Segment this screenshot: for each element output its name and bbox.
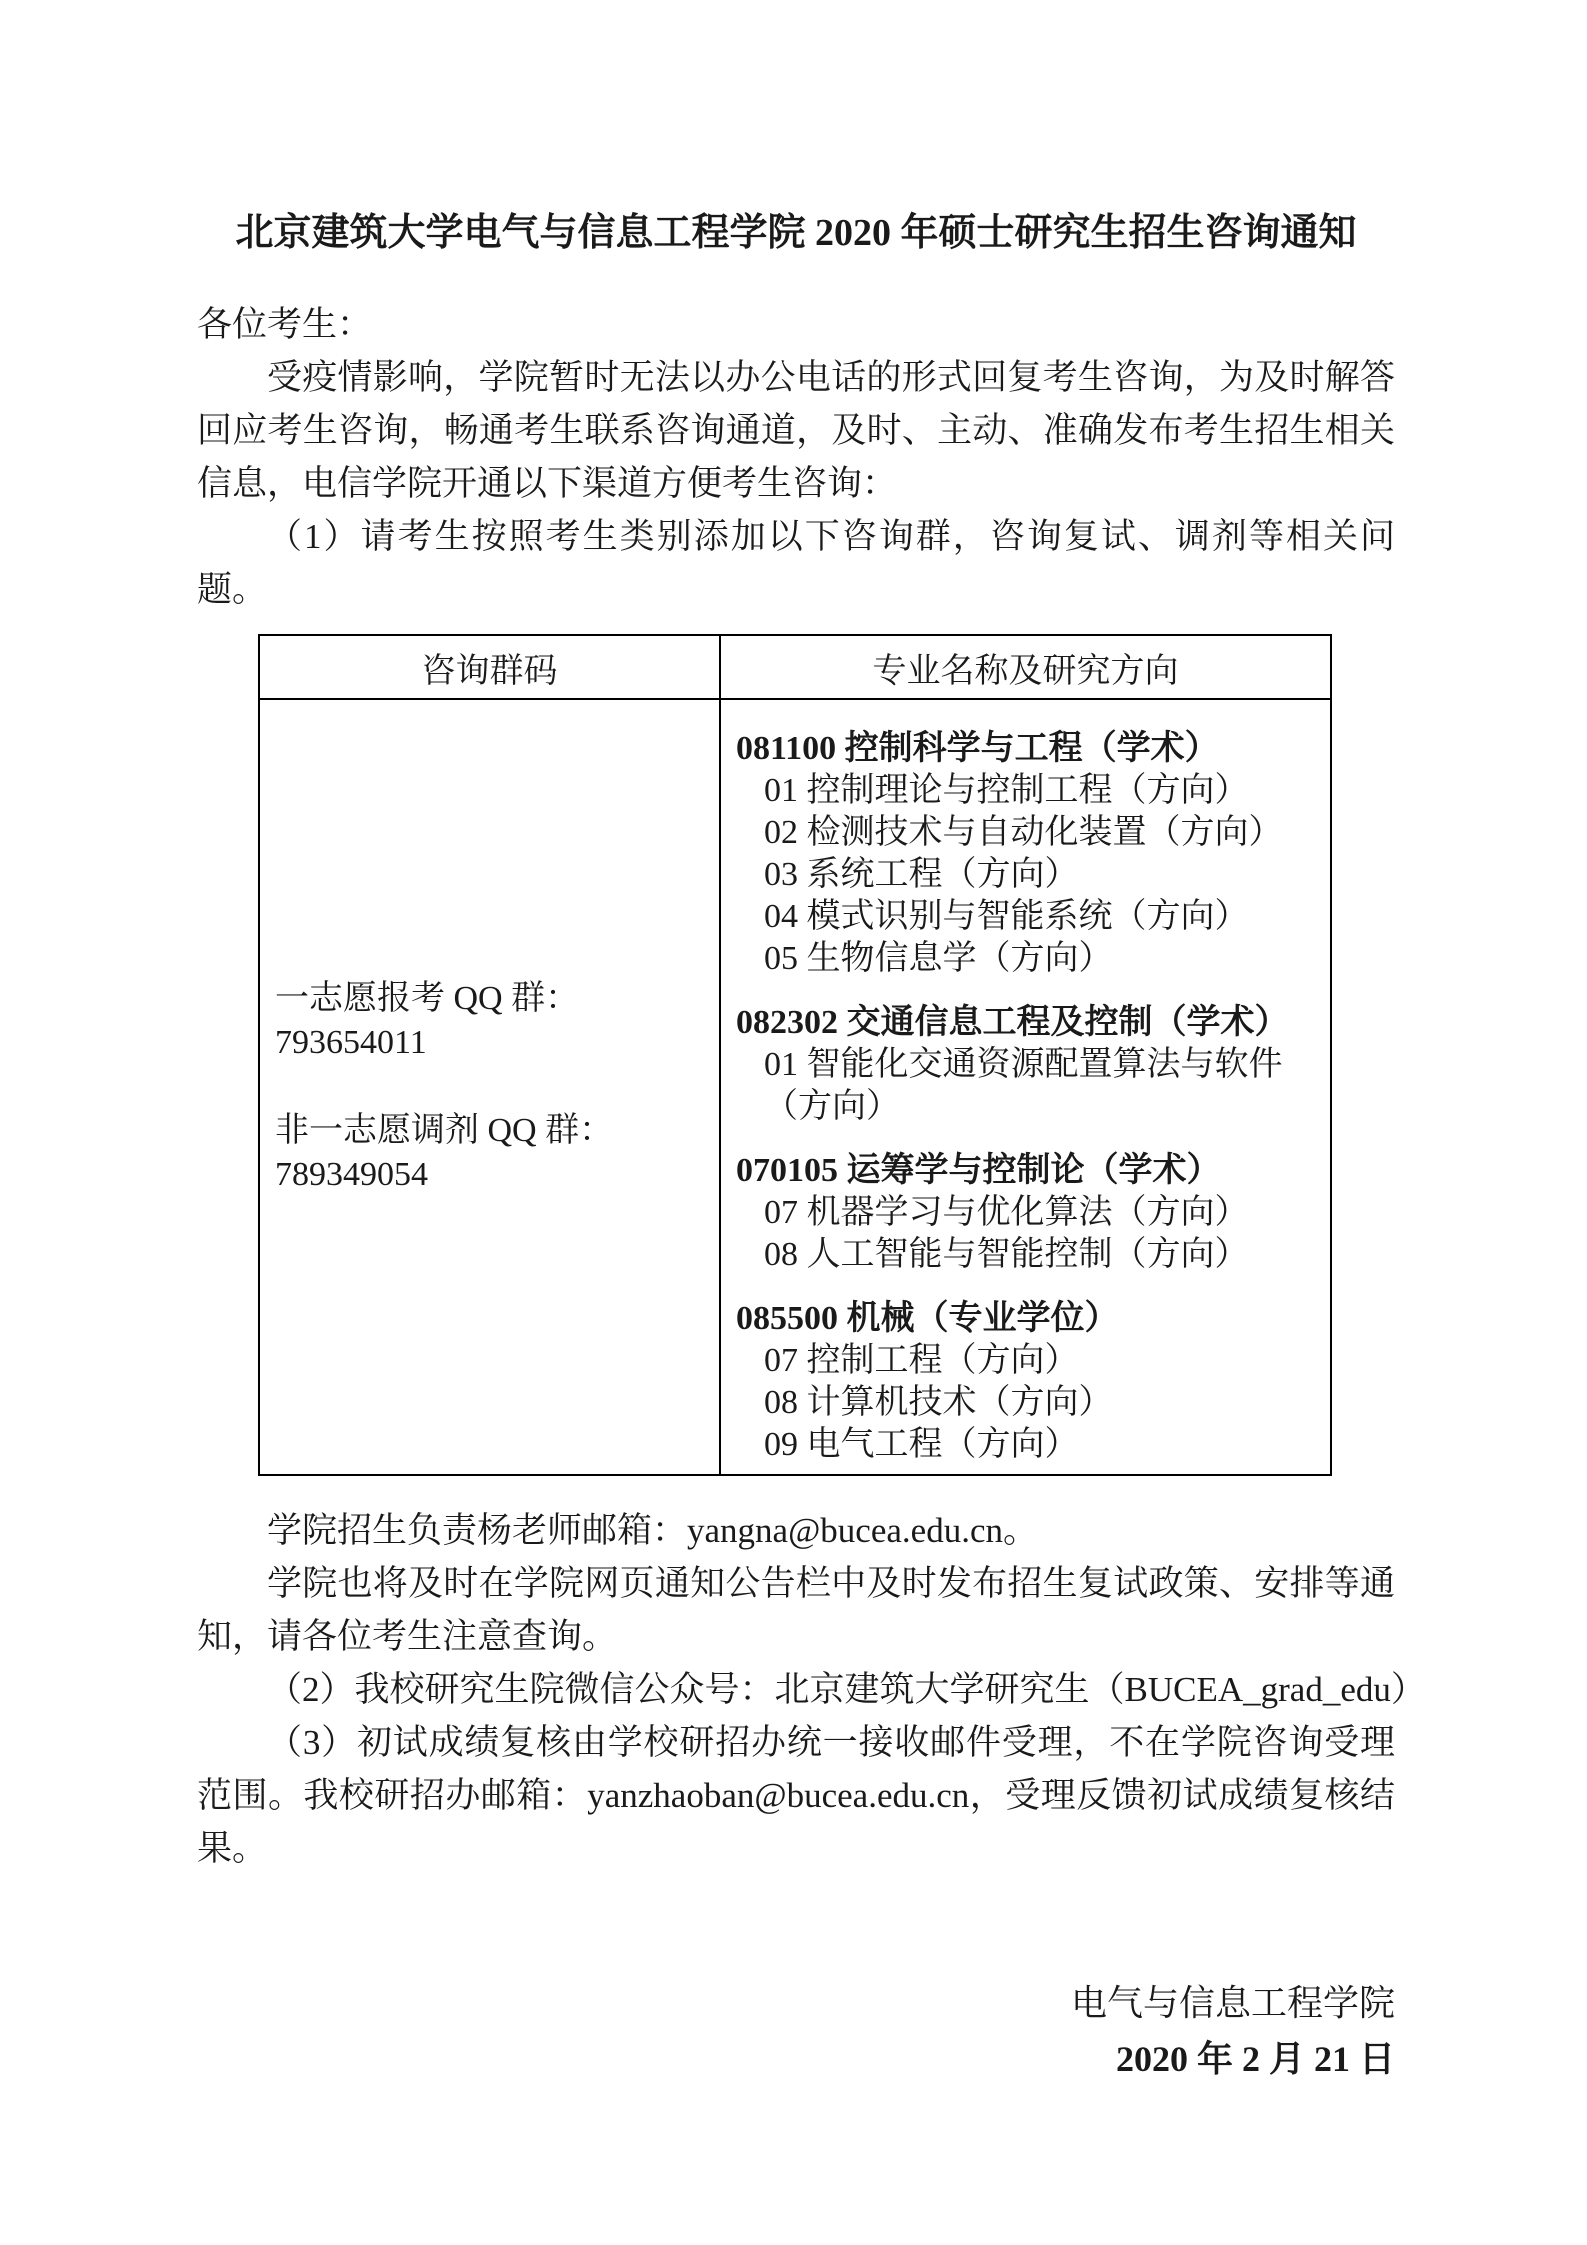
- program-heading: 085500 机械（专业学位）: [736, 1298, 1322, 1340]
- program-direction: 01 控制理论与控制工程（方向）: [736, 770, 1322, 812]
- program-heading: 082302 交通信息工程及控制（学术）: [736, 1002, 1322, 1044]
- document-page: 北京建筑大学电气与信息工程学院 2020 年硕士研究生招生咨询通知 各位考生： …: [0, 0, 1587, 2245]
- item-3-paragraph: （3）初试成绩复核由学校研招办统一接收邮件受理，不在学院咨询受理范围。我校研招办…: [197, 1716, 1395, 1875]
- program-group: 070105 运筹学与控制论（学术） 07 机器学习与优化算法（方向） 08 人…: [736, 1150, 1322, 1276]
- table-body-row: 一志愿报考 QQ 群：793654011 非一志愿调剂 QQ 群：7893490…: [259, 699, 1331, 1475]
- after-table-paragraphs: 学院招生负责杨老师邮箱：yangna@bucea.edu.cn。 学院也将及时在…: [197, 1504, 1395, 1875]
- program-group: 082302 交通信息工程及控制（学术） 01 智能化交通资源配置算法与软件（方…: [736, 1002, 1322, 1128]
- qq-groups-cell: 一志愿报考 QQ 群：793654011 非一志愿调剂 QQ 群：7893490…: [259, 699, 720, 1475]
- column-header-programs: 专业名称及研究方向: [720, 635, 1331, 699]
- program-direction: 07 控制工程（方向）: [736, 1340, 1322, 1382]
- qq-group-first-choice: 一志愿报考 QQ 群：793654011: [275, 977, 718, 1065]
- program-heading: 081100 控制科学与工程（学术）: [736, 728, 1322, 770]
- item-1-paragraph: （1）请考生按照考生类别添加以下咨询群，咨询复试、调剂等相关问题。: [197, 510, 1395, 616]
- admissions-email-paragraph: 学院招生负责杨老师邮箱：yangna@bucea.edu.cn。: [197, 1504, 1395, 1557]
- signature-date: 2020 年 2 月 21 日: [197, 2031, 1395, 2087]
- program-direction: 03 系统工程（方向）: [736, 854, 1322, 896]
- program-direction: 08 计算机技术（方向）: [736, 1382, 1322, 1424]
- intro-paragraph: 受疫情影响，学院暂时无法以办公电话的形式回复考生咨询，为及时解答回应考生咨询，畅…: [197, 351, 1395, 510]
- program-direction: 07 机器学习与优化算法（方向）: [736, 1192, 1322, 1234]
- program-direction: 04 模式识别与智能系统（方向）: [736, 896, 1322, 938]
- program-direction: 02 检测技术与自动化装置（方向）: [736, 812, 1322, 854]
- signature-organization: 电气与信息工程学院: [197, 1975, 1395, 2031]
- program-direction: 09 电气工程（方向）: [736, 1424, 1322, 1466]
- programs-cell: 081100 控制科学与工程（学术） 01 控制理论与控制工程（方向） 02 检…: [720, 699, 1331, 1475]
- salutation: 各位考生：: [197, 298, 1395, 351]
- program-direction: 01 智能化交通资源配置算法与软件（方向）: [736, 1044, 1322, 1128]
- program-direction: 05 生物信息学（方向）: [736, 938, 1322, 980]
- program-group: 081100 控制科学与工程（学术） 01 控制理论与控制工程（方向） 02 检…: [736, 728, 1322, 980]
- document-title: 北京建筑大学电气与信息工程学院 2020 年硕士研究生招生咨询通知: [197, 208, 1395, 258]
- consultation-table: 咨询群码 专业名称及研究方向 一志愿报考 QQ 群：793654011 非一志愿…: [258, 634, 1332, 1476]
- program-group: 085500 机械（专业学位） 07 控制工程（方向） 08 计算机技术（方向）…: [736, 1298, 1322, 1466]
- signature-block: 电气与信息工程学院 2020 年 2 月 21 日: [197, 1975, 1395, 2087]
- qq-group-adjustment: 非一志愿调剂 QQ 群：789349054: [275, 1109, 718, 1197]
- item-2-paragraph: （2）我校研究生院微信公众号：北京建筑大学研究生（BUCEA_grad_edu）: [197, 1663, 1395, 1716]
- table-header-row: 咨询群码 专业名称及研究方向: [259, 635, 1331, 699]
- column-header-qq-codes: 咨询群码: [259, 635, 720, 699]
- website-notice-paragraph: 学院也将及时在学院网页通知公告栏中及时发布招生复试政策、安排等通知，请各位考生注…: [197, 1557, 1395, 1663]
- program-direction: 08 人工智能与智能控制（方向）: [736, 1234, 1322, 1276]
- program-heading: 070105 运筹学与控制论（学术）: [736, 1150, 1322, 1192]
